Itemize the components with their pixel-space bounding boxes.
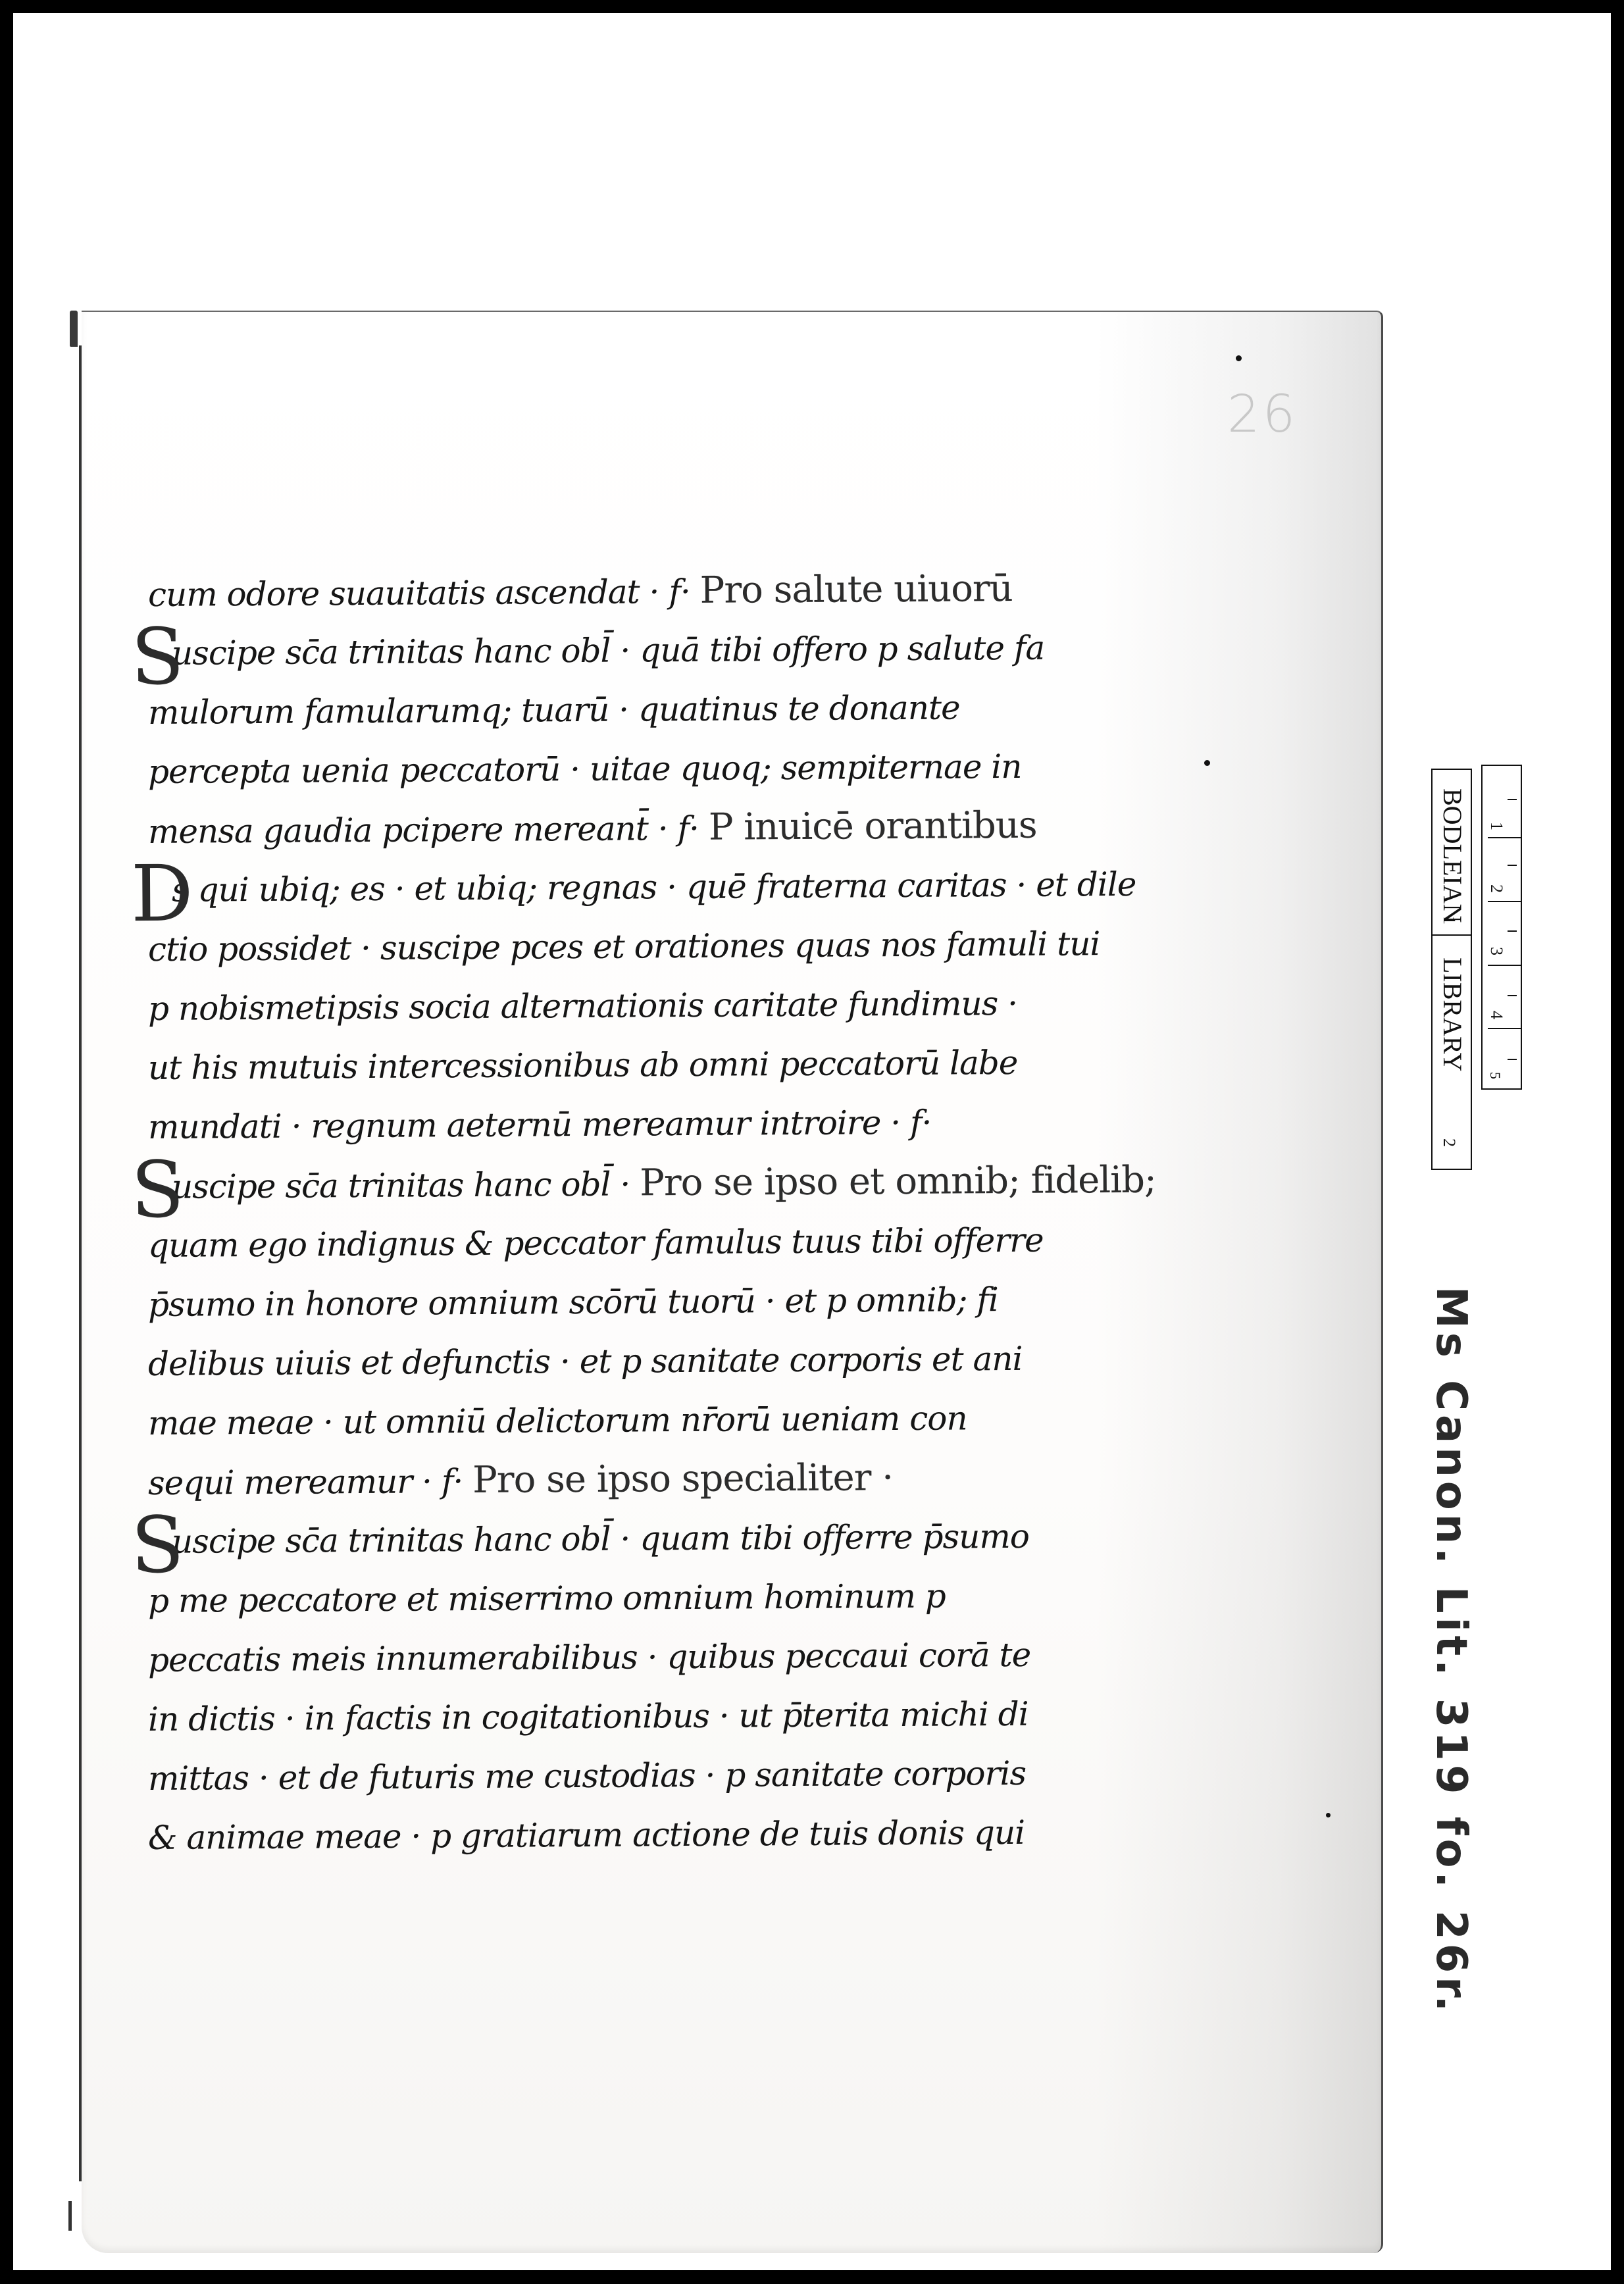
text-line: mundati · regnum aeternū mereamur introi… bbox=[148, 1092, 1096, 1157]
ruler-number: 1 bbox=[1488, 822, 1505, 830]
text-line: sequi mereamur · f· Pro se ipso speciali… bbox=[148, 1447, 1096, 1512]
decorated-initial: S bbox=[131, 1512, 184, 1578]
ruler-number: 2 bbox=[1488, 884, 1505, 893]
text-line: D s qui ubiq; es · et ubiq; regnas · quē… bbox=[148, 855, 1096, 920]
decorated-initial: D bbox=[131, 861, 193, 927]
text-line: & animae meae · p gratiarum actione de t… bbox=[148, 1802, 1096, 1867]
folio-number: 26 bbox=[1227, 385, 1298, 444]
text-line: peccatis meis innumerabilibus · quibus p… bbox=[148, 1625, 1096, 1690]
ruler-tick bbox=[1488, 965, 1521, 966]
decorated-initial: S bbox=[131, 1157, 184, 1223]
ruler-scale-strip: 1 2 3 4 5 bbox=[1481, 765, 1522, 1090]
ruler-number: 3 bbox=[1488, 947, 1505, 955]
ruler-label-strip: BODLEIAN 1 LIBRARY 2 bbox=[1431, 769, 1472, 1170]
ruler-unit-2: 2 bbox=[1440, 1138, 1458, 1147]
text-line: delibus uiuis et defunctis · et p sanita… bbox=[148, 1329, 1096, 1394]
ruler-tick bbox=[1488, 901, 1521, 902]
ruler-divider bbox=[1433, 934, 1471, 936]
ruler-tick bbox=[1488, 837, 1521, 838]
ruler-tick bbox=[1508, 1059, 1517, 1060]
text-line: mulorum famularumq; tuarū · quatinus te … bbox=[148, 677, 1096, 742]
ruler-tick bbox=[1508, 930, 1517, 932]
ruler-number: 5 bbox=[1488, 1072, 1502, 1079]
ruler-label-bodleian: BODLEIAN bbox=[1439, 788, 1465, 923]
binding-gutter-bottom bbox=[68, 2201, 72, 2231]
ink-speck bbox=[1204, 760, 1210, 766]
text-line: p me peccatore et miserrimo omnium homin… bbox=[148, 1565, 1096, 1631]
ruler-tick bbox=[1508, 865, 1517, 866]
decorated-initial: S bbox=[131, 624, 184, 690]
ruler-tick bbox=[1508, 995, 1517, 996]
text-line: p nobismetipsis socia alternationis cari… bbox=[148, 973, 1096, 1038]
ink-speck bbox=[1236, 355, 1242, 361]
text-line: p̄sumo in honore omnium scōrū tuorū · et… bbox=[148, 1269, 1096, 1334]
text-line: ut his mutuis intercessionibus ab omni p… bbox=[148, 1032, 1096, 1098]
text-line: cum odore suauitatis ascendat · f· Pro s… bbox=[148, 559, 1096, 624]
text-line: quam ego indignus & peccator famulus tuu… bbox=[148, 1210, 1096, 1275]
manuscript-text-block: cum odore suauitatis ascendat · f· Pro s… bbox=[148, 565, 1096, 1867]
text-line: in dictis · in factis in cogitationibus … bbox=[148, 1684, 1096, 1749]
ruler-unit-1: 1 bbox=[1440, 916, 1458, 925]
rubric: Pro salute uiuorū bbox=[699, 567, 1012, 612]
rubric: Pro se ipso specialiter · bbox=[472, 1456, 893, 1502]
ruler-label-library: LIBRARY bbox=[1439, 957, 1465, 1071]
rubric: Pro se ipso et omnib; fidelib; bbox=[640, 1159, 1156, 1205]
text-line: mae meae · ut omniū delictorum nr̄orū ue… bbox=[148, 1388, 1096, 1453]
text-line: mensa gaudia pcipere mereant̄ · f· P inu… bbox=[148, 796, 1096, 861]
bodleian-scale-ruler: BODLEIAN 1 LIBRARY 2 1 2 3 4 5 bbox=[1431, 763, 1523, 1171]
text-line: percepta uenia peccatorū · uitae quoq; s… bbox=[148, 736, 1096, 801]
text-line: S uscipe sc̄a trinitas hanc obl̄ · quam … bbox=[148, 1506, 1096, 1571]
binding-tab bbox=[70, 311, 78, 347]
text-line: ctio possidet · suscipe pces et oratione… bbox=[148, 914, 1096, 979]
text-line: S uscipe sc̄a trinitas hanc obl̄ · quā t… bbox=[148, 618, 1096, 683]
scan-frame: 26 cum odore suauitatis ascendat · f· Pr… bbox=[13, 13, 1611, 2270]
text-line: S uscipe sc̄a trinitas hanc obl̄ · Pro s… bbox=[148, 1151, 1096, 1216]
ruler-number: 4 bbox=[1488, 1011, 1505, 1019]
ink-speck bbox=[1326, 1813, 1331, 1817]
ruler-tick bbox=[1508, 799, 1517, 800]
ruler-tick bbox=[1488, 1028, 1521, 1029]
text-line: mittas · et de futuris me custodias · p … bbox=[148, 1743, 1096, 1808]
rubric: P inuicē orantibus bbox=[709, 804, 1037, 849]
shelfmark-annotation: Ms Canon. Lit. 319 fo. 26r. bbox=[1427, 1286, 1475, 2016]
